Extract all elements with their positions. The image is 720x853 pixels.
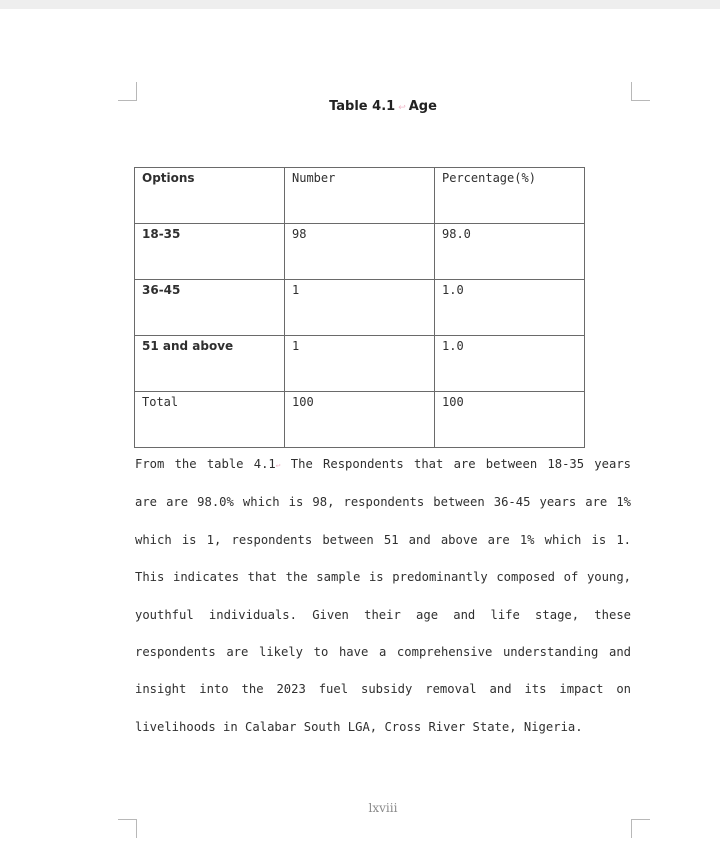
header-percentage: Percentage(%)	[435, 168, 585, 224]
cell-percentage: 98.0	[435, 224, 585, 280]
cell-option: 51 and above	[135, 336, 285, 392]
cell-percentage: 100	[435, 392, 585, 448]
cell-percentage: 1.0	[435, 280, 585, 336]
table-row: 18-35 98 98.0	[135, 224, 585, 280]
table-row: 51 and above 1 1.0	[135, 336, 585, 392]
cell-percentage: 1.0	[435, 336, 585, 392]
table-total-row: Total 100 100	[135, 392, 585, 448]
table-caption: Table 4.1↩Age	[0, 99, 720, 114]
cell-option: 36-45	[135, 280, 285, 336]
paragraph-body: The Respondents that are between 18-35 y…	[135, 457, 631, 734]
table-header-row: Options Number Percentage(%)	[135, 168, 585, 224]
table-row: 36-45 1 1.0	[135, 280, 585, 336]
header-options: Options	[135, 168, 285, 224]
cell-number: 1	[285, 280, 435, 336]
caption-title: Age	[409, 99, 437, 114]
analysis-paragraph: From the table 4.1↩ The Respondents that…	[135, 446, 631, 746]
paragraph-marker-icon: ↩	[398, 103, 406, 113]
margin-corner-mark-bottom-right	[631, 819, 650, 838]
header-number: Number	[285, 168, 435, 224]
viewer-top-bar	[0, 0, 720, 9]
margin-corner-mark-bottom-left	[118, 819, 137, 838]
cell-number: 98	[285, 224, 435, 280]
cell-number: 1	[285, 336, 435, 392]
page-number: lxviii	[0, 801, 720, 815]
cell-option: Total	[135, 392, 285, 448]
age-table: Options Number Percentage(%) 18-35 98 98…	[134, 167, 585, 448]
caption-label: Table 4.1	[329, 99, 395, 114]
paragraph-lead: From the table 4.1	[135, 457, 276, 471]
cell-number: 100	[285, 392, 435, 448]
cell-option: 18-35	[135, 224, 285, 280]
